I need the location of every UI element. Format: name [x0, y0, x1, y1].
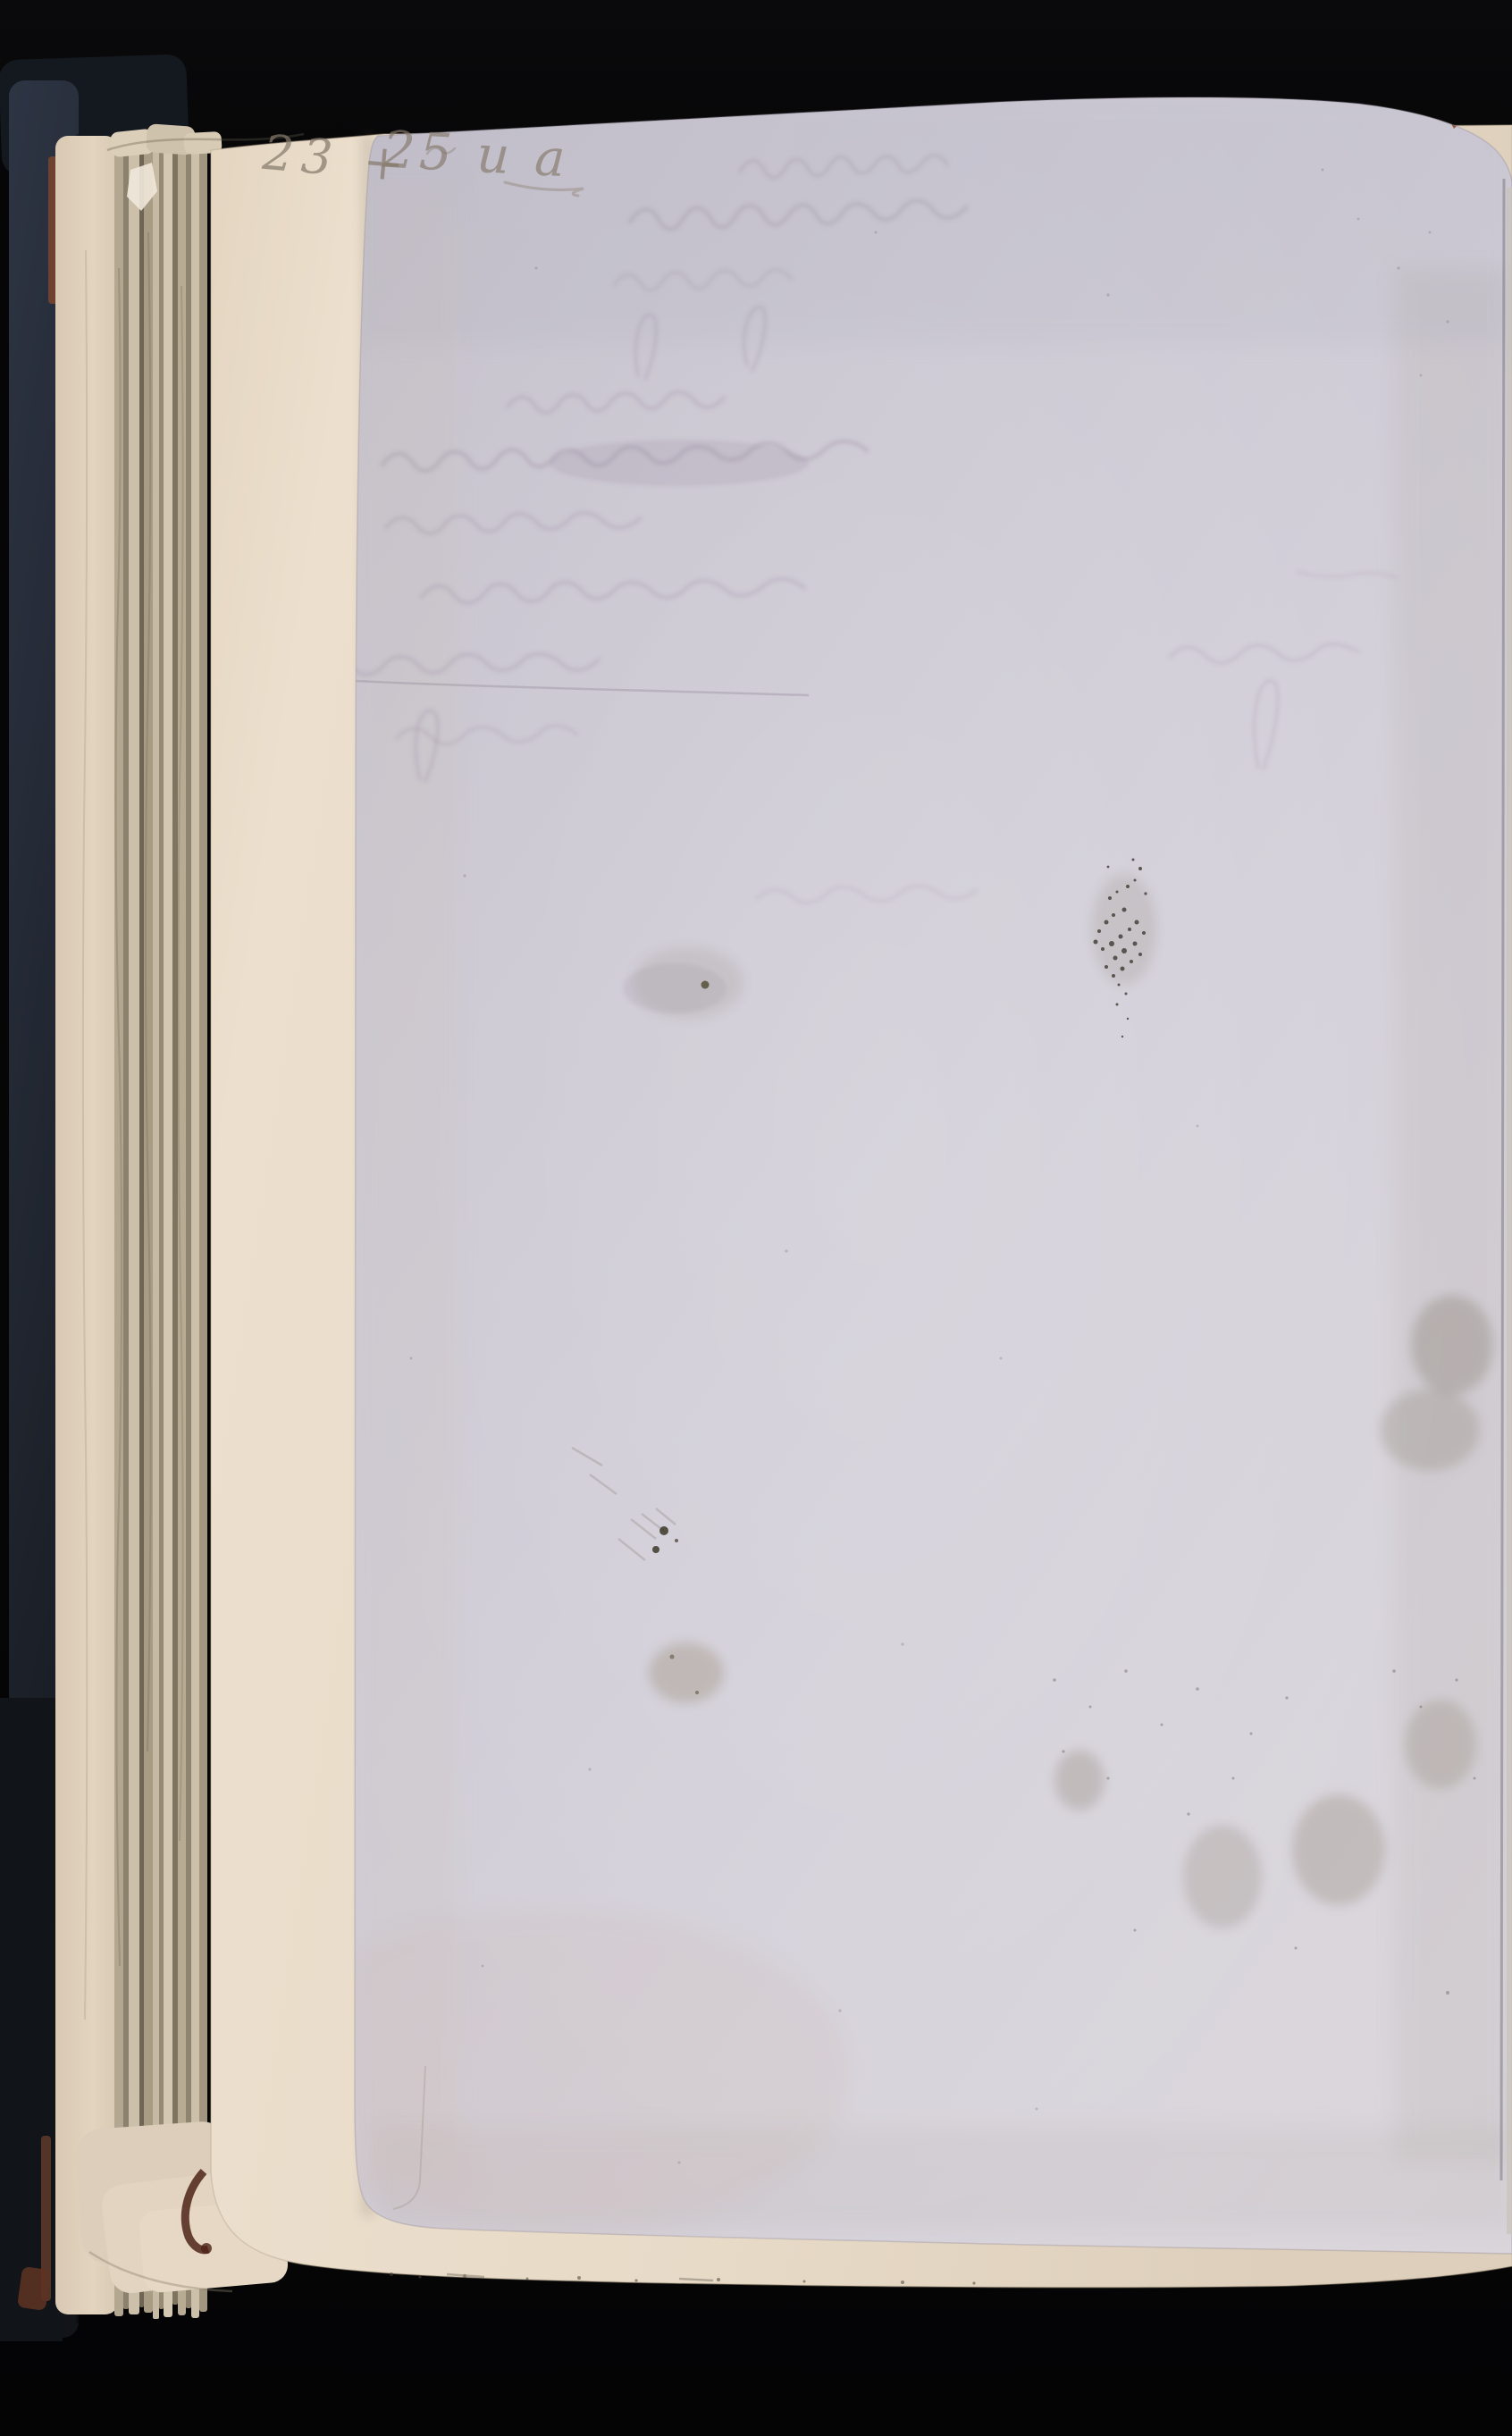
book-illustration	[0, 0, 1512, 2436]
main-page	[259, 95, 1512, 2257]
photo-of-manuscript-book: 23 + 25 u a	[0, 0, 1512, 2436]
